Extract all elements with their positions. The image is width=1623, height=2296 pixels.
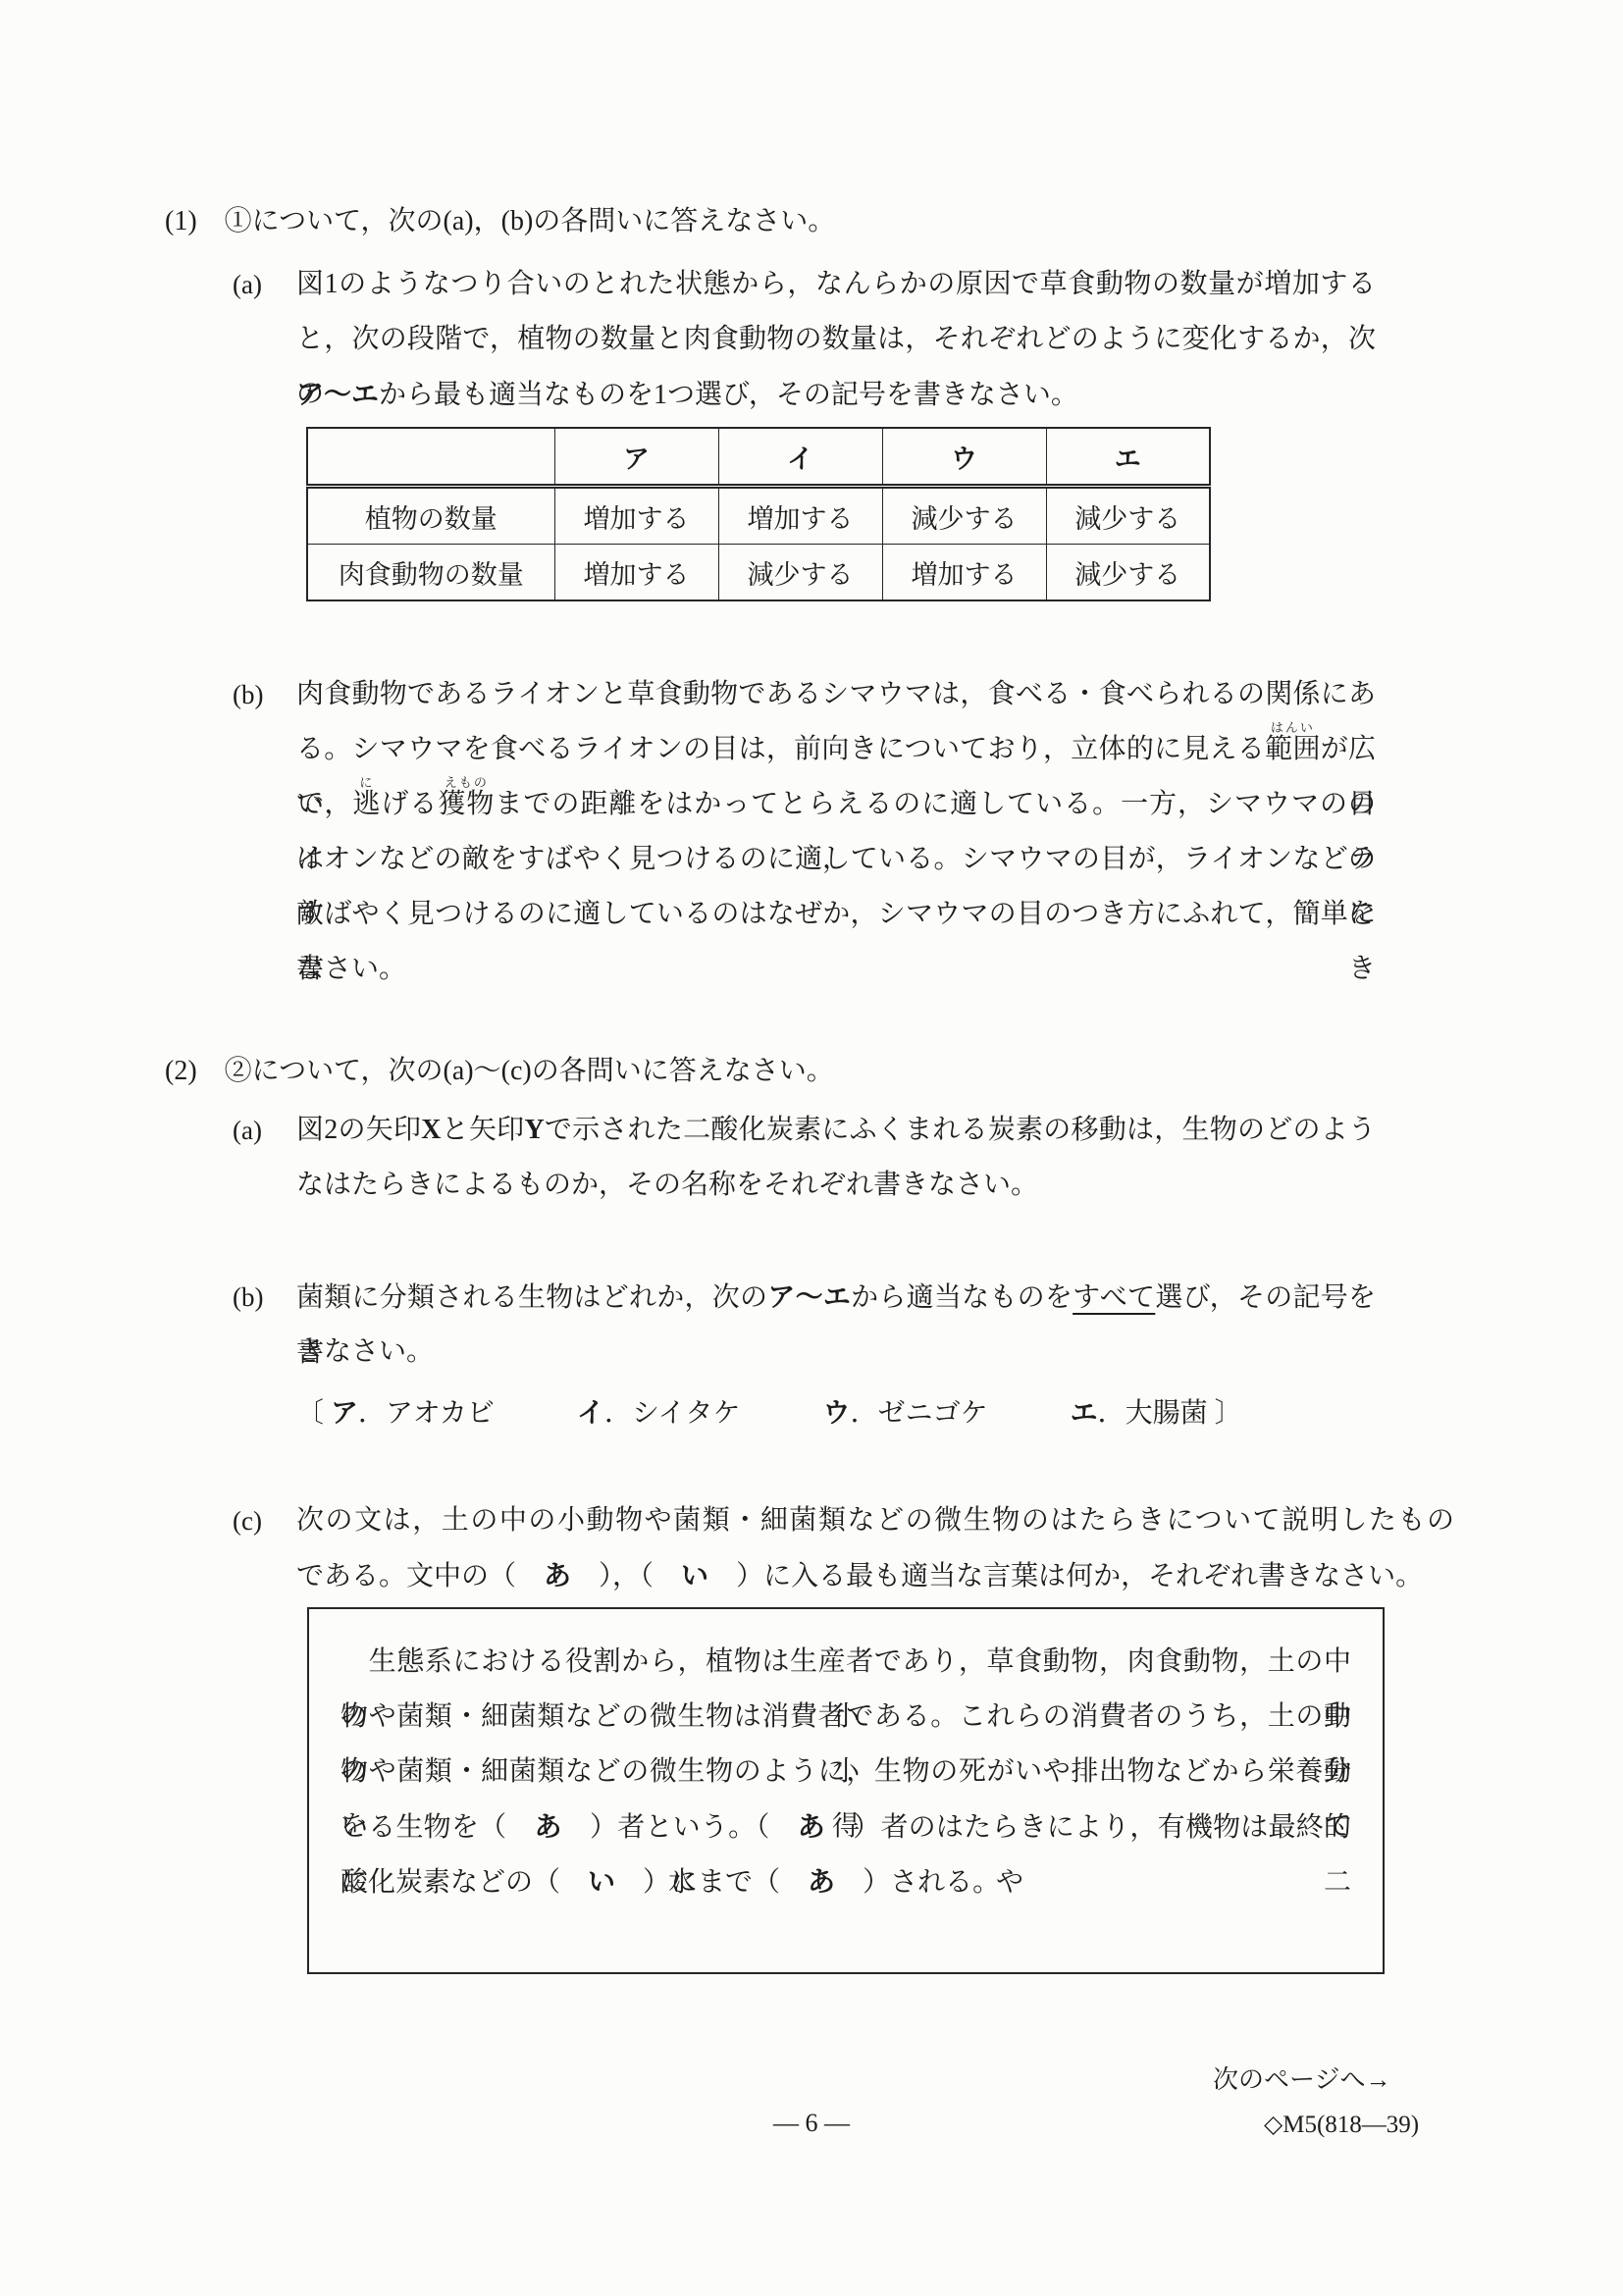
- table-cell: 増加する: [554, 545, 718, 601]
- table-cell: 増加する: [718, 487, 882, 545]
- text-segment: ．大腸菌 〕: [1098, 1398, 1242, 1429]
- table-cell: 増加する: [882, 545, 1046, 601]
- text-segment: いる生物を（: [340, 1812, 535, 1843]
- text-segment: ア～エ: [767, 1281, 851, 1312]
- text-segment: ）者という。（: [562, 1812, 798, 1843]
- text-segment: から適当なものを: [851, 1282, 1073, 1313]
- question2b-text: 菌類に分類される生物はどれか，次のア～エから適当なものをすべて選び，その記号を書…: [296, 1270, 1376, 1380]
- question2a-text: 図2の矢印Xと矢印Yで示された二酸化炭素にふくまれる炭素の移動は，生物のどのよう…: [296, 1103, 1376, 1213]
- text-segment: ア～エ: [296, 379, 379, 409]
- text-segment: ウ: [823, 1397, 851, 1428]
- text-line: 物や菌類・細菌類などの微生物のように，生物の死がいや排出物などから栄養分を得て: [340, 1745, 1351, 1800]
- question1-intro: (1)①について，次の(a)，(b)の各問いに答えなさい。: [165, 205, 835, 238]
- document-code: ◇M5(818—39): [1264, 2110, 1419, 2141]
- text-segment: ）に入る最も適当な言葉は何か，それぞれ書きなさい。: [708, 1561, 1423, 1592]
- table-row-label: 肉食動物の数量: [307, 545, 554, 601]
- question2c-paragraph: (c) 次の文は，土の中の小動物や菌類・細菌類などの微生物のはたらきについて説明…: [296, 1493, 1454, 1603]
- furigana: はんい: [1271, 721, 1315, 734]
- text-segment: あ: [544, 1560, 571, 1591]
- text-line: ア～エから最も適当なものを1つ選び，その記号を書きなさい。: [296, 367, 1376, 422]
- table-cell: 減少する: [1046, 545, 1210, 601]
- text-segment: すべて: [1073, 1282, 1155, 1313]
- text-segment: で，: [296, 789, 352, 819]
- text-segment: きなさい。: [296, 1336, 434, 1367]
- furigana: えもの: [445, 776, 489, 789]
- text-segment: 肉食動物であるライオンと草食動物であるシマウマは，食べる・食べられるの関係にあ: [296, 679, 1376, 709]
- text-segment: 菌類に分類される生物はどれか，次の: [296, 1282, 767, 1313]
- text-segment: 図1のようなつり合いのとれた状態から，なんらかの原因で草食動物の数量が増加する: [296, 269, 1376, 299]
- text-segment: ）にまで（: [615, 1867, 808, 1898]
- question2-intro: (2)②について，次の(a)～(c)の各問いに答えなさい。: [165, 1055, 834, 1088]
- text-line: すばやく見つけるのに適しているのはなぜか，シマウマの目のつき方にふれて，簡単に書…: [296, 887, 1376, 942]
- next-page-note: 次のページへ→: [1213, 2064, 1390, 2096]
- text-line: と，次の段階で，植物の数量と肉食動物の数量は，それぞれどのように変化するか，次の: [296, 312, 1376, 367]
- text-segment: ア: [331, 1397, 358, 1428]
- ruby-text: 範囲はんい: [1265, 734, 1321, 764]
- question1a-text: 図1のようなつり合いのとれた状態から，なんらかの原因で草食動物の数量が増加すると…: [296, 257, 1376, 422]
- table-header-cell: エ: [1046, 428, 1210, 487]
- passage-box-text: 生態系における役割から，植物は生産者であり，草食動物，肉食動物，土の中の小動物や…: [340, 1635, 1351, 1909]
- text-line: なはたらきによるものか，その名称をそれぞれ書きなさい。: [296, 1158, 1376, 1213]
- text-segment: 酸化炭素などの（: [340, 1867, 588, 1898]
- text-segment: なさい。: [296, 954, 406, 984]
- table-header-cell: イ: [718, 428, 882, 487]
- text-line: 図1のようなつり合いのとれた状態から，なんらかの原因で草食動物の数量が増加する: [296, 257, 1376, 312]
- text-segment: Y: [524, 1115, 544, 1145]
- choice-table-header: アイウエ: [307, 428, 1210, 487]
- text-segment: なはたらきによるものか，その名称をそれぞれ書きなさい。: [296, 1170, 1038, 1200]
- text-segment: あ: [535, 1811, 562, 1842]
- question1b-paragraph: (b) 肉食動物であるライオンと草食動物であるシマウマは，食べる・食べられるの関…: [296, 667, 1376, 997]
- question2-number: (2): [165, 1056, 197, 1086]
- text-segment: 図2の矢印: [296, 1115, 421, 1145]
- question1a-label: (a): [233, 268, 262, 301]
- table-cell: 減少する: [882, 487, 1046, 545]
- text-line: 物や菌類・細菌類などの微生物は消費者である。これらの消費者のうち，土の中の小動: [340, 1690, 1351, 1745]
- text-line: 次の文は，土の中の小動物や菌類・細菌類などの微生物のはたらきについて説明したもの: [296, 1493, 1454, 1548]
- text-segment: イ: [577, 1397, 604, 1428]
- question2a-label: (a): [233, 1114, 262, 1147]
- text-segment: る。シマウマを食べるライオンの目は，前向きについており，立体的に見える: [296, 734, 1265, 764]
- table-row: 植物の数量増加する増加する減少する減少する: [307, 487, 1210, 545]
- text-line: 〔 ア．アオカビ イ．シイタケ ウ．ゼニゴケ エ．大腸菌 〕: [296, 1385, 1376, 1440]
- text-segment: すばやく見つけるのに適しているのはなぜか，シマウマの目のつき方にふれて，簡単に書…: [296, 899, 1376, 984]
- table-header-cell: [307, 428, 554, 487]
- text-line: 図2の矢印Xと矢印Yで示された二酸化炭素にふくまれる炭素の移動は，生物のどのよう: [296, 1103, 1376, 1158]
- question2b-label: (b): [233, 1280, 263, 1314]
- question1-intro-text: ①について，次の(a)，(b)の各問いに答えなさい。: [225, 206, 836, 236]
- question1b-text: 肉食動物であるライオンと草食動物であるシマウマは，食べる・食べられるの関係にある…: [296, 667, 1376, 997]
- text-segment: で示された二酸化炭素にふくまれる炭素の移動は，生物のどのよう: [545, 1115, 1376, 1145]
- text-segment: ）される。: [835, 1867, 1000, 1898]
- text-line: 生態系における役割から，植物は生産者であり，草食動物，肉食動物，土の中の小動: [340, 1635, 1351, 1690]
- text-segment: ．ゼニゴケ: [851, 1398, 1071, 1429]
- text-line: である。文中の（ あ ），（ い ）に入る最も適当な言葉は何か，それぞれ書きなさ…: [296, 1548, 1454, 1603]
- text-line: いる生物を（ あ ）者という。（ あ ）者のはたらきにより，有機物は最終的に水や…: [340, 1800, 1351, 1854]
- text-line: 菌類に分類される生物はどれか，次のア～エから適当なものをすべて選び，その記号を書: [296, 1270, 1376, 1325]
- text-segment: あ: [798, 1811, 825, 1842]
- text-segment: X: [421, 1115, 441, 1145]
- question2c-text: 次の文は，土の中の小動物や菌類・細菌類などの微生物のはたらきについて説明したもの…: [296, 1493, 1454, 1603]
- table-header-row: アイウエ: [307, 428, 1210, 487]
- furigana: に: [359, 776, 374, 789]
- table-cell: 減少する: [718, 545, 882, 601]
- text-segment: あ: [808, 1866, 835, 1897]
- table-cell: 増加する: [554, 487, 718, 545]
- question1b-label: (b): [233, 678, 263, 711]
- text-segment: ），（: [571, 1561, 681, 1592]
- question2b-options: 〔 ア．アオカビ イ．シイタケ ウ．ゼニゴケ エ．大腸菌 〕: [296, 1385, 1376, 1440]
- text-segment: 〔: [296, 1398, 331, 1429]
- text-segment: エ: [1071, 1397, 1098, 1428]
- table-cell: 減少する: [1046, 487, 1210, 545]
- table-header-cell: ウ: [882, 428, 1046, 487]
- ruby-text: 獲物えもの: [438, 789, 495, 819]
- text-line: イオンなどの敵をすばやく見つけるのに適している。シマウマの目が，ライオンなどの敵…: [296, 832, 1376, 887]
- text-segment: い: [681, 1560, 708, 1591]
- question2b-options-text: 〔 ア．アオカビ イ．シイタケ ウ．ゼニゴケ エ．大腸菌 〕: [296, 1385, 1376, 1440]
- text-segment: である。文中の（: [296, 1561, 544, 1592]
- text-segment: げる: [381, 789, 438, 819]
- text-segment: と矢印: [441, 1115, 524, 1145]
- choice-table: アイウエ 植物の数量増加する増加する減少する減少する肉食動物の数量増加する減少す…: [306, 427, 1211, 601]
- text-line: 肉食動物であるライオンと草食動物であるシマウマは，食べる・食べられるの関係にあ: [296, 667, 1376, 722]
- question1a-paragraph: (a) 図1のようなつり合いのとれた状態から，なんらかの原因で草食動物の数量が増…: [296, 257, 1376, 422]
- ruby-text: 逃に: [352, 789, 381, 819]
- question2a-paragraph: (a) 図2の矢印Xと矢印Yで示された二酸化炭素にふくまれる炭素の移動は，生物の…: [296, 1103, 1376, 1213]
- text-line: で，逃にげる獲物えものまでの距離をはかってとらえるのに適している。一方，シマウマ…: [296, 777, 1376, 832]
- text-segment: ．アオカビ: [358, 1398, 577, 1429]
- table-row: 肉食動物の数量増加する減少する増加する減少する: [307, 545, 1210, 601]
- text-segment: から最も適当なものを1つ選び，その記号を書きなさい。: [379, 380, 1078, 410]
- table-row-label: 植物の数量: [307, 487, 554, 545]
- passage-box: 生態系における役割から，植物は生産者であり，草食動物，肉食動物，土の中の小動物や…: [307, 1607, 1385, 1974]
- table-header-cell: ア: [554, 428, 718, 487]
- exam-page: (1)①について，次の(a)，(b)の各問いに答えなさい。 (a) 図1のような…: [0, 0, 1623, 2296]
- question2b-paragraph: (b) 菌類に分類される生物はどれか，次のア～エから適当なものをすべて選び，その…: [296, 1270, 1376, 1380]
- question2-intro-text: ②について，次の(a)～(c)の各問いに答えなさい。: [225, 1056, 834, 1086]
- choice-table-body: 植物の数量増加する増加する減少する減少する肉食動物の数量増加する減少する増加する…: [307, 487, 1210, 601]
- text-line: きなさい。: [296, 1325, 1376, 1380]
- text-segment: 次の文は，土の中の小動物や菌類・細菌類などの微生物のはたらきについて説明したもの: [296, 1505, 1454, 1536]
- text-segment: ．シイタケ: [604, 1398, 823, 1429]
- question1-number: (1): [165, 206, 197, 236]
- text-segment: い: [588, 1866, 615, 1897]
- question2c-label: (c): [233, 1504, 262, 1538]
- text-line: る。シマウマを食べるライオンの目は，前向きについており，立体的に見える範囲はんい…: [296, 722, 1376, 777]
